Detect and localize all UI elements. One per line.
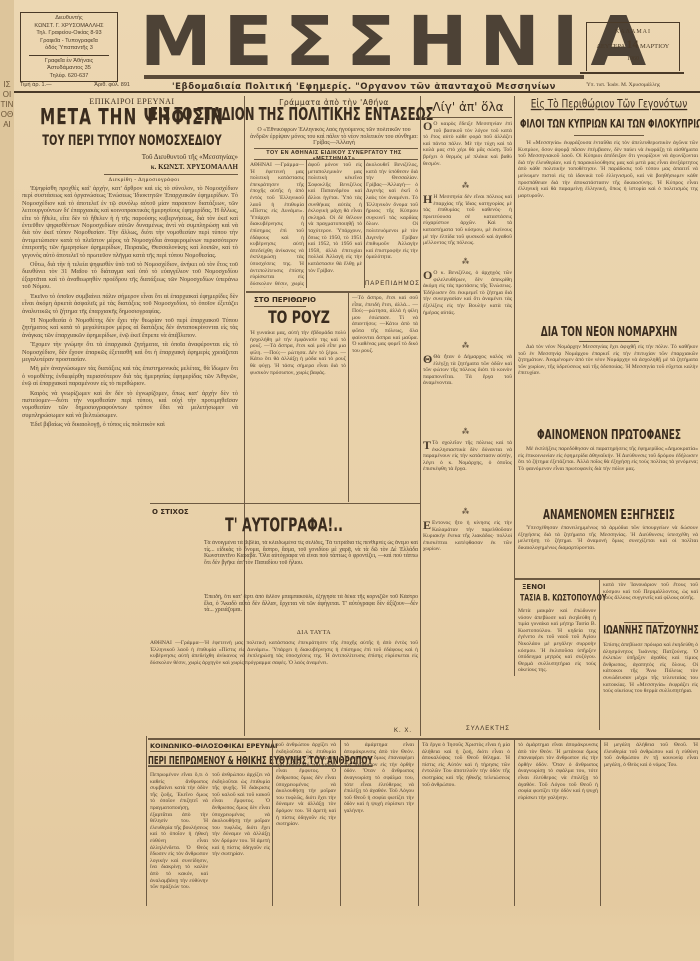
masthead-bottom-rule (14, 91, 700, 93)
athens-byline: ΤΟΥ ΕΝ ΑΘΗΝΑΙΣ ΕΙΔΙΚΟΥ ΣΥΝΕΡΓΑΤΟΥ ΤΗΣ «Μ… (250, 150, 418, 162)
athens-headline: ΕΙΣ ΤΟ ΣΤΑΔΙΟΝ ΤΗΣ ΠΟΛΙΤΙΚΗΣ ΕΝΤΑΣΕΩΣ (150, 105, 418, 125)
brief-signature: ΣΥΛΛΕΚΤΗΣ (434, 726, 510, 732)
brief-item: TΤὸ σχολεῖον τῆς πόλεως καὶ τὰ ἐκκλησιασ… (423, 440, 512, 504)
column-rule (272, 740, 273, 906)
column-rule (348, 292, 349, 502)
brief-text: Η Μεσσηνία δὲν εἶναι πόλεως καὶ ἐπαρχίας… (423, 194, 512, 246)
poem-headline: Τ' ΑΥΤΟΓΡΑΦΑ!.. (150, 516, 418, 537)
paragraph: Ἔχομεν τὴν γνώμην ὅτι τὰ ἐπαρχιακὰ ζητήμ… (22, 341, 238, 363)
rouge-body: Ἡ γυναίκα μας, αὐτὴ τὴν ἐβδομάδα πολὺ ἠσ… (250, 330, 346, 502)
printer-line: Ὑπ. τυπ. Ἰωάν. Μ. Χρυσομάλλης (586, 82, 700, 88)
paragraph: Ἐκεῖνο τὸ ὁποῖον συμβαίνει πάλιν σήμερον… (22, 293, 238, 315)
publisher-name: ΚΩΝΣΤ. Γ. ΧΡΥΣΟΜΑΛΛΗΣ (23, 23, 115, 31)
column-rule (599, 580, 600, 730)
price-issue-line: Τιμή ἀρ. 1.— Ἀριθ. φύλ. 891 (20, 82, 130, 88)
paragraph: Ἐδεῖ βιβαίως νὰ δικαιολογῇ, ὁ τύπος εἰς … (22, 421, 238, 428)
paragraph: Μὴ μὲν ἀναγνώσωμεν τὰς διατάξεις καὶ τὰς… (22, 365, 238, 387)
brief-item: ΘΘὰ ἦταν ὁ Δήμαρχος καλὸς νὰ ἐλέγξῃ τὰ ζ… (423, 354, 512, 426)
brief-text: Τὸ σχολεῖον τῆς πόλεως καὶ τὰ ἐκκλησιαστ… (423, 440, 512, 472)
poem-kicker-2: ΔΙΑ ΤΑΥΤΑ (254, 630, 374, 636)
philosophy-col-7: Η μεγάλη ἀλήθεια τοῦ Θεοῦ. Ἡ ἐλευθερία τ… (604, 742, 698, 902)
brief-text: Θὰ ἦταν ὁ Δήμαρχος καλὸς νὰ ἐλέγξῃ τὰ ζη… (423, 354, 512, 386)
lead-section-tag: Διεκρίθη - Δημοσιογράφοι (84, 177, 204, 183)
divider (29, 55, 109, 56)
paragraph: Οὕτω, διὰ τὴν ἡ τελεία ψηφισθὲν ὑπὸ τοῦ … (22, 261, 238, 291)
dateline-city: ΚΑΛΑΜΑΙ (587, 29, 679, 35)
rule (579, 341, 639, 342)
column-rule (514, 740, 515, 906)
poem-verse-2: Ἐπειδὴ, ὅτι κατ' ἄρτι ἀπὸ ἄλλον μπαμπακο… (204, 594, 418, 628)
paragraph: Ἡ «Μεσσηνία» ἐκφράζουσα ἐνταῦθα εἰς τὸν … (518, 140, 698, 199)
philosophy-col-5: Τὰ ἔργα ὁ Ἰησοῦς Χριστὸς εἶναι ἡ μία ἀλή… (422, 742, 510, 902)
rule (574, 135, 644, 136)
rule (246, 291, 420, 293)
newspaper-page: Διευθυντής ΚΩΝΣΤ. Γ. ΧΡΥΣΟΜΑΛΛΗΣ Τηλ. Γρ… (14, 0, 700, 961)
lead-subheadline: ΤΟΥ ΠΕΡΙ ΤΥΠΟΥ ΝΟΜΟΣΧΕΔΙΟΥ (26, 132, 238, 149)
lead-byline-role: Τοῦ Διευθυντοῦ τῆς «Μεσσηνίας» (74, 153, 238, 161)
xenoi-body: Μετὰ μακρὰν καὶ ἐπώδυνον νόσον ἀπεβίωσε … (518, 608, 596, 728)
lead-byline-name: κ. ΚΩΝΣΤ. ΧΡΥΣΟΜΑΛΛΗ (74, 163, 238, 171)
phenomenon-body: Μὲ ἐκπλήξεις παρεδόθησαν αἱ παρατηρήσεις… (518, 446, 698, 504)
column-rule (364, 160, 365, 288)
publisher-phone: Τηλ. Γραφείου-Οικίας 8-93 (23, 30, 115, 38)
paragraph: Διὰ τὸν νέον Νομάρχην Μεσσηνίας ἔχει ἀφι… (518, 344, 698, 377)
phenomenon-headline: ΦΑΙΝΟΜΕΝΟΝ ΠΡΩΤΟΦΑΝΕΣ (520, 428, 698, 442)
paragraph: Ὑπεσχέθησαν ἐπανειλημμένως τὰ ἀρμόδια τῶ… (518, 525, 698, 551)
brief-item: OΟ κ. Βενιζέλος, ὁ ἀρχηγὸς τῶν φιλελευθέ… (423, 270, 512, 340)
ornament-icon: ⁂ (462, 258, 469, 266)
philosophy-col-6: τὸ ἀμάρτημα εἶναι ἀπομάκρυνσις ἀπὸ τὸν Θ… (518, 742, 598, 902)
ornament-icon: ⁂ (462, 342, 469, 350)
rule (148, 738, 700, 740)
paragraph: 'Εψηφίσθη προχθὲς καί' ἀρχήν, κατ' ἄρθρο… (22, 185, 238, 259)
office-address: ὁδός Ὑπαπαντῆς 3 (23, 45, 115, 53)
rouge-headline: ΤΟ ΡΟΥΖ (250, 308, 348, 327)
poem-verse-1: Τὰ ἀνοιγμένα τὰ βιβλία, τὰ κλειδωμένα τὶ… (204, 540, 418, 592)
philosophy-col-2: τοῦ ἀνθρώπου ἀρχίζει νὰ ἐκδηλοῦται ὡς ἐπ… (212, 772, 270, 900)
column-rule (514, 96, 515, 676)
poem-continuation: ΑΘΗΝΑΙ —Γράμμα—Ἡ ἐφετεινὴ μας πολιτικὴ κ… (150, 640, 418, 724)
brief-item: EΕντονος ἦτο ἡ κίνησις εἰς τὴν Καλαμάταν… (423, 520, 512, 720)
paragraph: Μὲ ἐκπλήξεις παρεδόθησαν αἱ παρατηρήσεις… (518, 446, 698, 472)
ornament-icon: ⁂ (462, 508, 469, 516)
column-rule (418, 740, 419, 906)
issue-number: Ἀριθ. φύλ. 891 (94, 82, 130, 88)
dateline-date: ΔΕΥΤΕΡΑ 14 ΜΑΡΤΙΟΥ (587, 37, 679, 52)
rouge-kicker: ΣΤΟ ΠΕΡΙΘΩΡΙΟ (254, 296, 316, 304)
brief-headline: Λίγ' ἀπ' ὅλα (424, 100, 512, 114)
philosophy-kicker: ΚΟΙΝΩΝΙΚΟ-ΦΙΛΟΣΟΦΙΚΑΙ ΕΡΕΥΝΑΙ (150, 742, 277, 750)
date-box: ΚΑΛΑΜΑΙ ΔΕΥΤΕΡΑ 14 ΜΑΡΤΙΟΥ 1960 (586, 22, 680, 71)
philosophy-col-1: Πεπρωμένον εἶναι ὅ,τι ὁ καθεὶς ἄνθρωπος … (150, 772, 208, 900)
brief-text: Ο κ. Βενιζέλος, ὁ ἀρχηγὸς τῶν φιλελευθέρ… (423, 270, 512, 316)
xenoi-headline: ΤΑΣΙΑ Β. ΚΩΣΤΟΠΟΥΛΟΥ (520, 593, 596, 603)
athens-signature: ΠΑΡΕΠΙΔΗΜΟΣ (364, 281, 420, 287)
brief-item: OΟ καιρὸς ἔδειξε Μεσσηνίαν ἐπὶ τοῦ βασικ… (423, 121, 512, 179)
page-gutter: ΙΣ ΟΙ ΤΙΝ ΟΘ ΑΙ (0, 0, 15, 961)
patzounis-headline: ΙΩΑΝΝΗΣ ΠΑΤΖΟΥΝΗΣ (603, 625, 699, 638)
column-rule (420, 96, 421, 736)
rule (424, 117, 512, 118)
athens-col-1: ΑΘΗΝΑΙ —Γράμμα—Ἡ ἐφετεινὴ μας πολιτικὴ κ… (250, 162, 304, 288)
paragraph: Καιρὸς νὰ γνωρίζωμεν καὶ ἂν δὲν τὸ ἐγνωρ… (22, 390, 238, 420)
athens-office-address: Ἀστυδάμαντος 35 (23, 65, 115, 73)
rule (254, 159, 418, 160)
month: ΜΑΡΤΙΟΥ (640, 43, 669, 50)
gutter-text: ΙΣ ΟΙ ΤΙΝ ΟΘ ΑΙ (0, 80, 14, 130)
brief-item: HΗ Μεσσηνία δὲν εἶναι πόλεως καὶ ἐπαρχία… (423, 194, 512, 256)
paragraph: Ἡ Νομοθεσία ὁ Νομοθέτης δὲν ἔχει τὴν θεω… (22, 317, 238, 339)
masthead-rule (144, 75, 584, 79)
cyprus-body: Ἡ «Μεσσηνία» ἐκφράζουσα ἐνταῦθα εἰς τὸν … (518, 140, 698, 312)
date-box-rule (580, 72, 684, 74)
cyprus-kicker: Εἰς Τὸ Περιθώριον Τῶν Γεγονότων (520, 99, 698, 112)
philosophy-col-3: τοῦ ἀνθρώπου ἀρχίζει νὰ ἐκδηλοῦται ὡς ἐπ… (276, 742, 336, 902)
philosophy-col-4: τὸ ἀμάρτημα εἶναι ἀπομάκρυνσις ἀπὸ τὸν Θ… (344, 742, 414, 902)
issue-price: Τιμή ἀρ. 1.— (20, 82, 52, 88)
ornament-icon: ⁂ (462, 182, 469, 190)
publisher-label: Διευθυντής (23, 15, 115, 23)
office-label: Γραφεῖα - Τυπογραφεῖα (23, 38, 115, 46)
athens-col-3: ἀκολουθεῖ Βενιζέλος, κατὰ τὴν ὑπόθεσιν δ… (366, 162, 418, 278)
rouge-body-cont: —Τὸ ἄσπρο, ἔτσι καὶ σοῦ εἶπα, ἐπειδὴ ἔτσ… (352, 295, 418, 505)
rule (150, 751, 246, 752)
xenoi-body-cont: κατὰ τὸν Ἰανουάριον τοῦ ἔτους τοῦ κόσμου… (603, 582, 698, 618)
newspaper-title: ΜΕΣΣΗΝΙΑ (140, 12, 584, 71)
athens-office-phone: Τηλέφ. 620-637 (23, 73, 115, 81)
byline-rule (104, 174, 238, 175)
brief-text: Ο καιρὸς ἔδειξε Μεσσηνίαν ἐπὶ τοῦ βασικο… (423, 121, 512, 167)
column-rule (600, 740, 601, 906)
column-rule (306, 160, 307, 288)
prefect-body: Διὰ τὸν νέον Νομάρχην Μεσσηνίας ἔχει ἀφι… (518, 344, 698, 416)
page-bottom-margin (14, 905, 700, 961)
rule (624, 622, 664, 623)
rule (254, 306, 306, 307)
brief-text: Εντονος ἦτο ἡ κίνησις εἰς τὴν Καλαμάταν … (423, 520, 512, 552)
xenoi-section: ΞΕΝΟΙ (522, 583, 546, 591)
prefect-headline: ΔΙΑ ΤΟΝ ΝΕΟΝ ΝΟΜΑΡΧΗΝ (520, 325, 698, 339)
publisher-info-box: Διευθυντής ΚΩΝΣΤ. Γ. ΧΡΥΣΟΜΑΛΛΗΣ Τηλ. Γρ… (20, 12, 118, 82)
explanations-body: Ὑπεσχέθησαν ἐπανειλημμένως τὰ ἀρμόδια τῶ… (518, 525, 698, 575)
athens-deck: Ο «Ἐθνικόφρων Ἑλληνικὸς λαὸς ἡγούμενος τ… (250, 127, 418, 145)
weekday: ΔΕΥΤΕΡΑ (597, 43, 625, 50)
athens-office-label: Γραφεῖα ἐν Ἀθήναις (23, 58, 115, 66)
poem-signature: Κ. Χ. (372, 728, 412, 734)
day-number: 14 (626, 37, 638, 51)
column-rule (340, 740, 341, 906)
rule (150, 503, 420, 504)
rule (514, 578, 700, 580)
cyprus-headline: ΦΙΛΟΙ ΤΩΝ ΚΥΠΡΙΩΝ ΚΑΙ ΤΩΝ ΦΙΛΟΚΥΠΡΙΩΝ (520, 119, 698, 132)
year: 1960 (587, 56, 679, 62)
ornament-icon: ⁂ (462, 428, 469, 436)
deck-text: Ο «Ἐθνικόφρων Ἑλληνικὸς λαὸς ἡγούμενος τ… (250, 127, 418, 145)
rule (254, 148, 418, 149)
explanations-headline: ΑΝΑΜΕΝΟΜΕΝ ΕΞΗΓΗΣΕΙΣ (520, 508, 698, 522)
athens-col-2: ἀφοῦ μόνον τοῦ εἰς μεταπολεμικὸν μας πολ… (308, 162, 362, 288)
